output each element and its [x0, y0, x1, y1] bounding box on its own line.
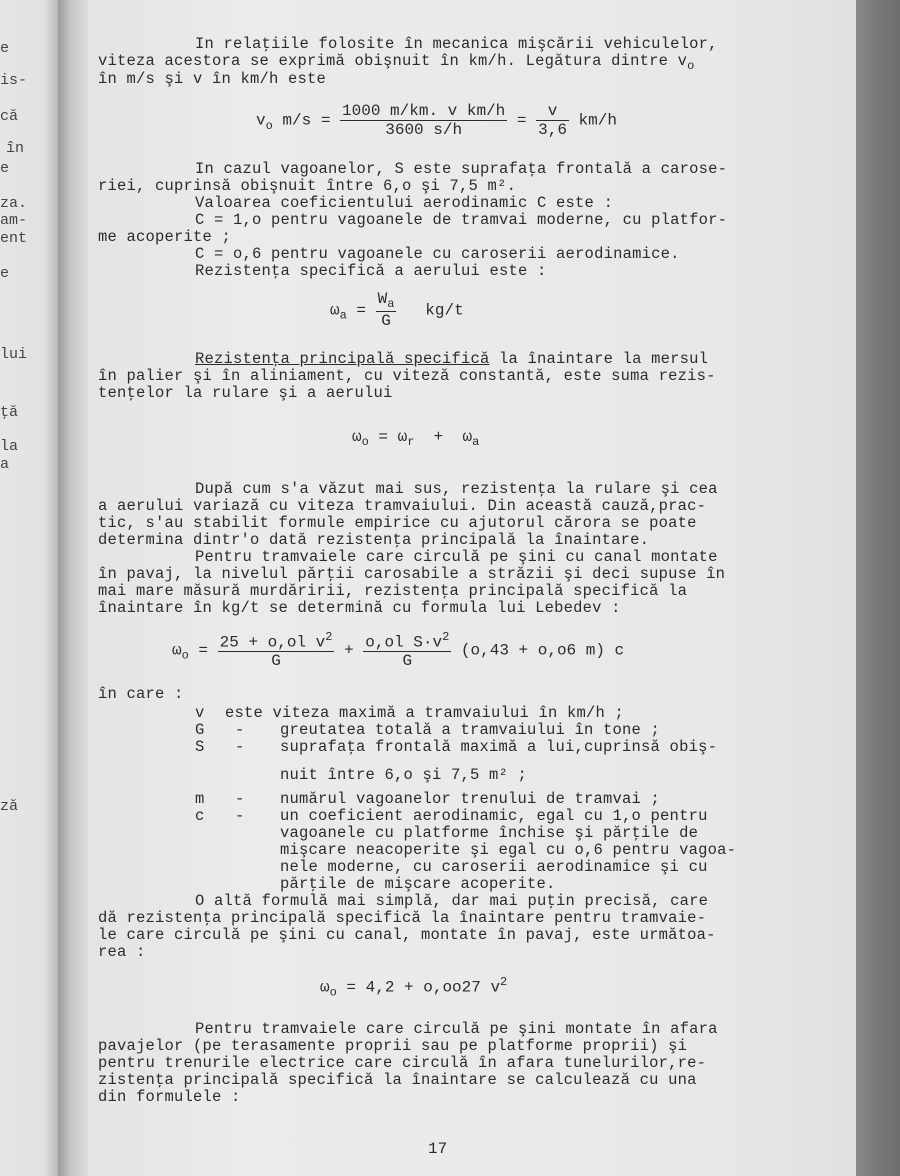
scan-edge [856, 0, 900, 1176]
margin-fragment: a [0, 456, 9, 473]
legend-dash: - [235, 738, 245, 756]
text-line: C = 1,o pentru vagoanele de tramvai mode… [195, 211, 727, 229]
legend-text: vagoanele cu platforme închise şi părţil… [280, 824, 698, 842]
text-line: zistenţa principală specifică la înainta… [98, 1071, 697, 1089]
text-line: Pentru tramvaiele care circulă pe şini c… [195, 548, 718, 566]
legend-text: este viteza maximă a tramvaiului în km/h… [225, 704, 624, 722]
text-line: me acoperite ; [98, 228, 231, 246]
margin-fragment: am- [0, 212, 27, 229]
previous-page-edge: e is- că în e za. am- ent e lui ţă la a … [0, 0, 62, 1176]
legend-symbol: S [195, 738, 205, 756]
text-line: din formulele : [98, 1088, 241, 1106]
text-line: dă rezistenţa principală specifică la în… [98, 909, 706, 927]
text-line: Rezistenţa specifică a aerului este : [195, 262, 547, 280]
formula-velocity-conversion: vo m/s = 1000 m/km. v km/h3600 s/h = v3,… [256, 102, 617, 139]
formula-principal-resistance: ωo = ωr + ωa [352, 428, 479, 449]
margin-fragment: în [6, 140, 24, 157]
text-line: în m/s şi v în km/h este [98, 70, 326, 88]
book-gutter [58, 0, 92, 1176]
legend-dash: - [235, 807, 245, 825]
text-line: După cum s'a văzut mai sus, rezistenţa l… [195, 480, 718, 498]
legend-symbol: G [195, 721, 205, 739]
margin-fragment: lui [0, 346, 27, 363]
text-line: Rezistenţa principală specifică la înain… [195, 350, 708, 368]
text-line: pavajelor (pe terasamente proprii sau pe… [98, 1037, 687, 1055]
margin-fragment: că [0, 108, 18, 125]
legend-dash: - [235, 790, 245, 808]
text-line: pentru trenurile electrice care circulă … [98, 1054, 706, 1072]
text-line: riei, cuprinsă obişnuit între 6,o şi 7,5… [98, 177, 516, 195]
formula-lebedev: ωo = 25 + o,ol v2G + o,ol S·v2G (o,43 + … [172, 630, 624, 670]
page-number: 17 [428, 1140, 447, 1158]
margin-fragment: ent [0, 230, 27, 247]
text-line: tic, s'au stabilit formule empirice cu a… [98, 514, 697, 532]
text-line: le care circulă pe şini cu canal, montat… [98, 926, 716, 944]
text-line: tenţelor la rulare şi a aerului [98, 384, 393, 402]
legend-symbol: c [195, 807, 205, 825]
legend-text: mişcare neacoperite şi egal cu o,6 pentr… [280, 841, 736, 859]
text-line: O altă formulă mai simplă, dar mai puţin… [195, 892, 708, 910]
margin-fragment: ză [0, 798, 18, 815]
legend-text: greutatea totală a tramvaiului în tone ; [280, 721, 660, 739]
legend-text: un coeficient aerodinamic, egal cu 1,o p… [280, 807, 708, 825]
margin-fragment: ţă [0, 404, 18, 421]
margin-fragment: e [0, 160, 9, 177]
legend-dash: - [235, 721, 245, 739]
margin-fragment: la [0, 438, 18, 455]
margin-fragment: e [0, 40, 9, 57]
margin-fragment: is- [0, 72, 27, 89]
legend-text: părţile de mişcare acoperite. [280, 875, 556, 893]
legend-text: suprafaţa frontală maximă a lui,cuprinsă… [280, 738, 717, 756]
legend-text: nele moderne, cu caroserii aerodinamice … [280, 858, 708, 876]
legend-text: nuit între 6,o şi 7,5 m² ; [280, 766, 527, 784]
text-line: C = o,6 pentru vagoanele cu caroserii ae… [195, 245, 680, 263]
text-line: în palier şi în aliniament, cu viteză co… [98, 367, 716, 385]
formula-air-resistance: ωa = WaG kg/t [330, 290, 464, 330]
legend-symbol: v [195, 704, 205, 722]
text-line: rea : [98, 943, 146, 961]
legend-symbol: m [195, 790, 205, 808]
text-line: determina dintr'o dată rezistenţa princi… [98, 531, 649, 549]
text-line: Valoarea coeficientului aerodinamic C es… [195, 194, 613, 212]
margin-fragment: za. [0, 195, 27, 212]
text-line: Pentru tramvaiele care circulă pe şini m… [195, 1020, 718, 1038]
text-line: a aerului variază cu viteza tramvaiului.… [98, 497, 706, 515]
text-line: în pavaj, la nivelul părţii carosabile a… [98, 565, 725, 583]
text-line: înaintare în kg/t se determină cu formul… [98, 599, 621, 617]
formula-simplified: ωo = 4,2 + o,oo27 v2 [320, 975, 507, 1000]
margin-fragment: e [0, 265, 9, 282]
text-line: In cazul vagoanelor, S este suprafaţa fr… [195, 160, 727, 178]
text-line: în care : [98, 685, 184, 703]
text-line: In relaţiile folosite în mecanica mişcăr… [195, 35, 718, 53]
legend-text: numărul vagoanelor trenului de tramvai ; [280, 790, 660, 808]
text-line: mai mare măsură murdăririi, rezistenţa p… [98, 582, 687, 600]
